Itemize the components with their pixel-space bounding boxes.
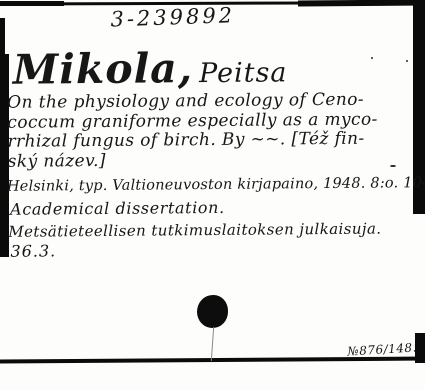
author-surname: Mikola, <box>13 44 194 94</box>
series-statement: Metsätieteellisen tutkimuslaitoksen julk… <box>8 220 381 241</box>
scan-speck <box>406 60 408 62</box>
series-number: 36.3. <box>10 241 56 260</box>
dissertation-note: Academical dissertation. <box>10 198 225 219</box>
imprint-line: Helsinki, typ. Valtioneuvoston kirjapain… <box>7 175 425 195</box>
title-paragraph: On the physiology and ecology of Ceno- c… <box>7 91 378 172</box>
title-line-4: ský název.] <box>8 149 379 172</box>
author-heading: Mikola,Peitsa <box>13 43 288 93</box>
title-line-3: rrhizal fungus of birch. By ~~. [Též fin… <box>7 130 378 153</box>
hole-punch-dot <box>197 295 228 328</box>
author-firstname: Peitsa <box>199 57 288 89</box>
shelfmark-scribble: №876/148. <box>347 340 417 358</box>
scan-speck <box>390 165 396 167</box>
accession-number: 3-239892 <box>110 3 235 31</box>
catalog-card-scan: 3-239892 Mikola,Peitsa On the physiology… <box>0 0 425 390</box>
scan-speck <box>371 57 373 59</box>
